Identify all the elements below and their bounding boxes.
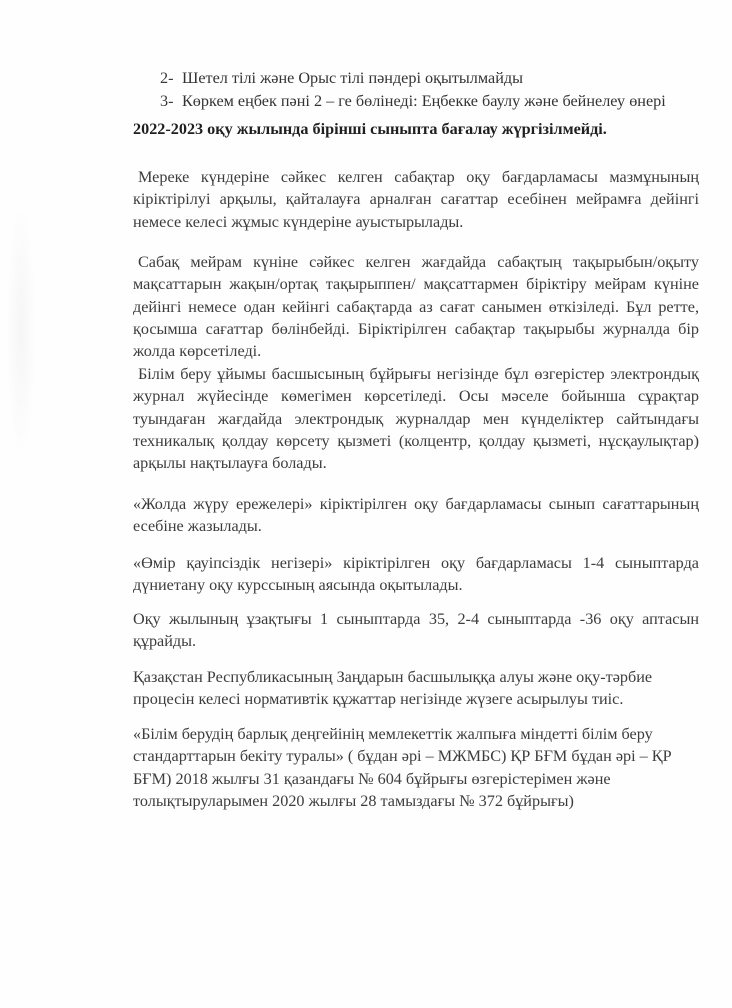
scan-artifact xyxy=(6,200,36,460)
numbered-list: 2- Шетел тілі және Орыс тілі пәндері оқы… xyxy=(160,67,720,112)
paragraph-normative-docs: Қазақстан Республикасының Заңдарын басшы… xyxy=(133,666,699,710)
list-item-text: Көркем еңбек пәні 2 – ге бөлінеді: Еңбек… xyxy=(182,90,666,113)
list-item: 3- Көркем еңбек пәні 2 – ге бөлінеді: Ең… xyxy=(160,90,720,113)
scanned-document-page: 2- Шетел тілі және Орыс тілі пәндері оқы… xyxy=(0,0,732,1008)
paragraph-standards-order: «Білім берудің барлық деңгейінің мемлеке… xyxy=(133,723,699,812)
list-item-number: 2- xyxy=(160,67,182,90)
paragraph-merged-lessons: Сабақ мейрам күніне сәйкес келген жағдай… xyxy=(133,251,699,362)
list-item-text: Шетел тілі және Орыс тілі пәндері оқытыл… xyxy=(182,67,523,90)
list-item: 2- Шетел тілі және Орыс тілі пәндері оқы… xyxy=(160,67,720,90)
paragraph-traffic-rules: «Жолда жүру ережелері» кіріктірілген оқу… xyxy=(133,493,699,537)
paragraph-life-safety: «Өмір қауіпсіздік негізері» кіріктірілге… xyxy=(133,552,699,596)
paragraph-electronic-journal: Білім беру ұйымы басшысының бұйрығы негі… xyxy=(133,363,699,474)
list-item-number: 3- xyxy=(160,90,182,113)
paragraph-holiday-lessons: Мереке күндеріне сәйкес келген сабақтар … xyxy=(133,166,699,233)
paragraph-school-year-length: Оқу жылының ұзақтығы 1 сыныптарда 35, 2-… xyxy=(133,608,699,652)
section-heading: 2022-2023 оқу жылында бірінші сыныпта ба… xyxy=(133,120,703,139)
